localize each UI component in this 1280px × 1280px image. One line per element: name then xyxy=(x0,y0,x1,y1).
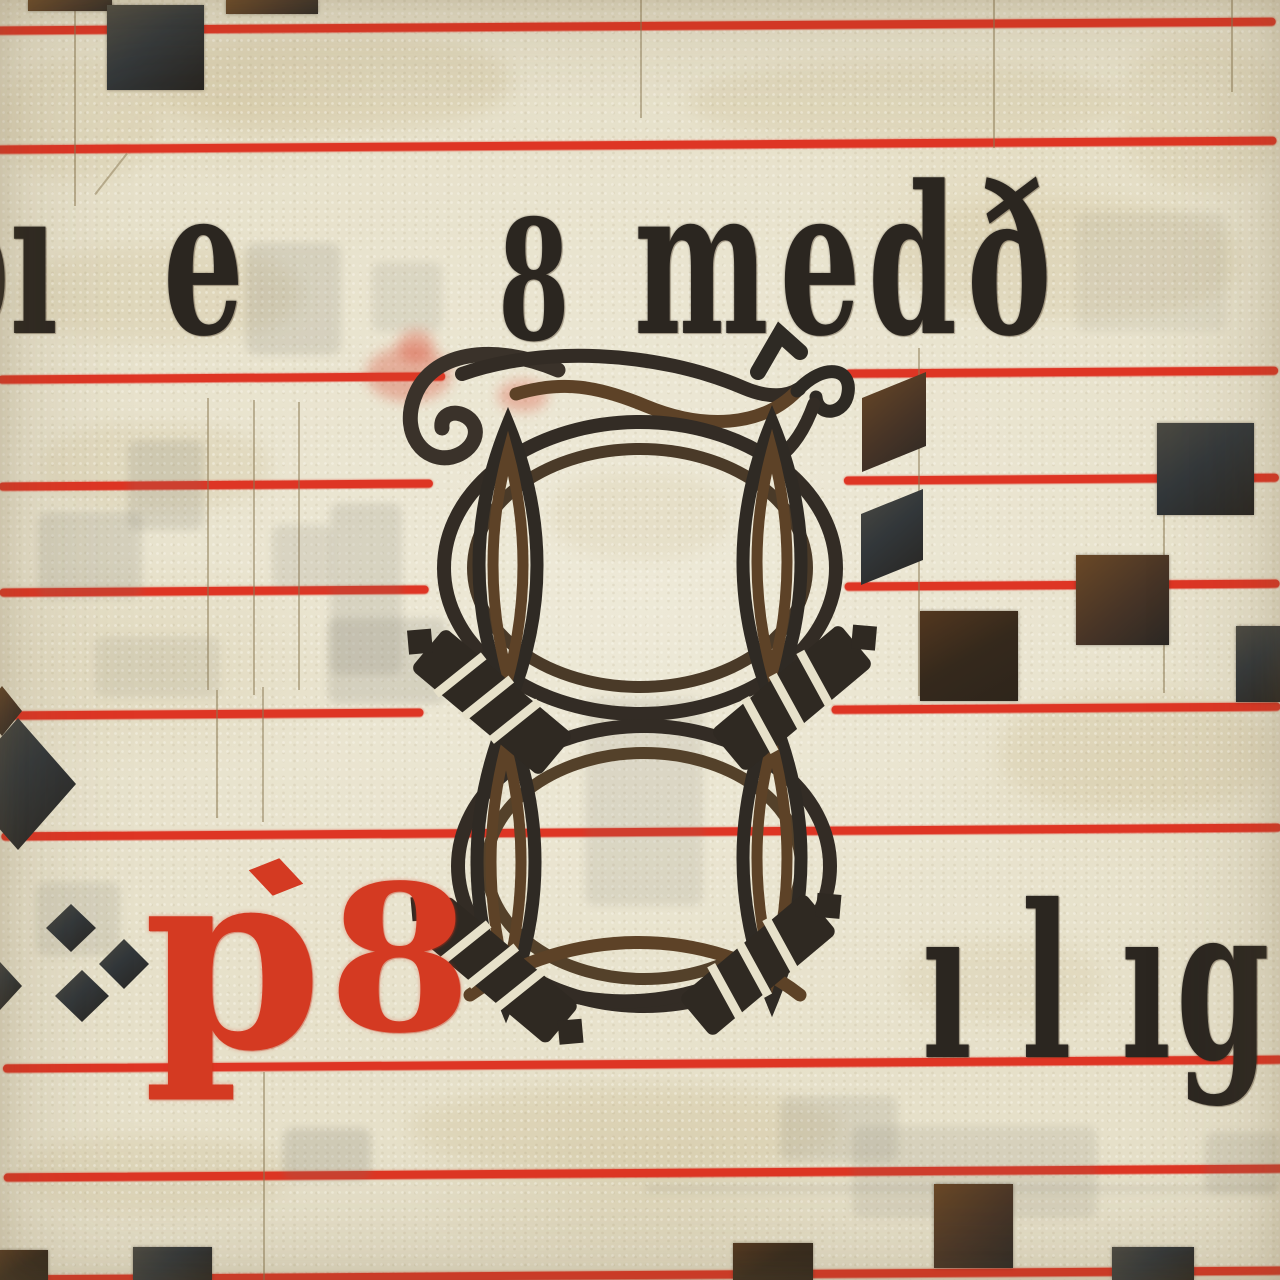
chant-text-fragment-do: dð xyxy=(868,160,1061,365)
rubric-s: 8 xyxy=(328,858,471,1060)
chant-text-fragment-s: 8 xyxy=(498,199,570,365)
chant-text-fragment-oi: oı xyxy=(0,160,58,365)
chant-text-fragment-me: me xyxy=(634,160,872,365)
rubric-p: p xyxy=(143,833,323,1085)
manuscript-page: oı e 8 me dð p 8 ılı g xyxy=(0,0,1280,1280)
chant-text-fragment-e: e xyxy=(163,160,244,365)
chant-text-fragment-g: g xyxy=(1176,874,1270,1090)
